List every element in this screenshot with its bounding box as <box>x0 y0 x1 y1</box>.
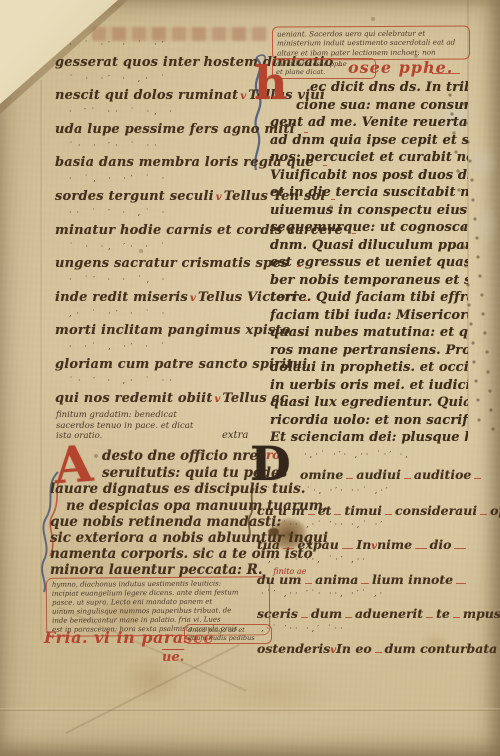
text-line: terre. Quid faciam tibi effraym. quid <box>270 289 468 307</box>
red-line-filler <box>346 478 353 479</box>
red-line-filler <box>404 478 411 479</box>
red-line-filler <box>426 617 433 618</box>
neume-row: ˙ · ·′ · ‚· ˙ <box>69 74 267 86</box>
text-line: dnm. Quasi diluculum pparata <box>270 237 468 255</box>
red-line-filler <box>361 583 369 584</box>
text-line: faciam tibi iuda: Misericordia ura <box>270 307 468 325</box>
red-line-filler <box>415 548 427 549</box>
chant-line: ·˙′ ‚·· ′˙· ··‚ ·′˙ ‚· sceris dum aduene… <box>257 589 469 622</box>
text-line: uiuemus in conspectu eius. sciemus <box>270 202 468 220</box>
neume-row: · ′˙ ·· ˙ ·‚ · <box>69 107 267 119</box>
neume-row: · ˙‚ · ·′ ˙ · <box>69 174 267 186</box>
neume-row: · ˙ ·′ · ˙ ·′ <box>69 40 267 52</box>
red-line-filler <box>283 548 295 549</box>
hymn-line: ˙ · ·‚ ′· · ˙ ungens sacratur crismatis … <box>55 240 267 274</box>
text-line: ec dicit dns ds. In tribula <box>270 79 468 97</box>
text-line: ad dnm quia ipse cepit et saluabit <box>270 132 468 150</box>
neume-row: ‚·˙ ′·· ·‚′ ˙·· <box>261 624 469 636</box>
text-line: gent ad me. Venite reuertam <box>270 114 468 132</box>
red-line-filler <box>474 478 481 479</box>
hymn-line: ˙· ′ · ‚· ˙ ·· qui nos redemit obiitvTel… <box>55 374 267 408</box>
chant-line: ·‚·˙ ·′· ‚·· ˙·′ ·‚ omine audiui auditio… <box>300 450 468 483</box>
red-line-filler <box>375 652 382 653</box>
manuscript-page: · ˙ ·′ · ˙ ·′ gesserat quos inter hostem… <box>0 0 500 756</box>
red-line-filler <box>454 548 466 549</box>
hosea-text-block: ec dicit dns ds. In tribula cione sua: m… <box>270 79 468 447</box>
red-line-filler <box>334 514 341 515</box>
neume-row: ‚˙· ··′ ˙·‚ ·′· ··˙ ‚·′ <box>261 486 469 498</box>
small-script-word: extra <box>222 430 248 441</box>
text-line: sequemurque: ut cognoscamus <box>270 219 468 237</box>
red-line-filler <box>453 617 460 618</box>
hymn-line: ˙ · ·′ · ‚· ˙ nescit qui dolos ruminatvT… <box>55 72 267 106</box>
neume-row: ·· ˙ ′ · ‚˙ · <box>69 208 267 220</box>
hymn-line: · ′˙ ·· ˙ ·‚ · uda lupe pessime fers agn… <box>55 105 267 139</box>
red-line-filler <box>385 514 392 515</box>
text-line: nos: percuciet et curabit nos. <box>270 149 468 167</box>
red-line-filler <box>301 617 308 618</box>
text-line: cione sua: mane consur <box>270 97 468 115</box>
red-line-filler <box>480 514 487 515</box>
neume-row: ˙ · ·‚ ′· · ˙ <box>69 242 267 254</box>
text-line: dolaui in prophetis. et occidi eos <box>270 359 468 377</box>
marginal-note-box: ueniant. Sacerdos uero qui celebratur et… <box>272 25 470 60</box>
neume-row: ˙· · ′· ˙ ·· <box>69 141 267 153</box>
chant-line: ·′‚ ˙·· ‚·˙ ′·· ·‚˙ ·′ tua expau In v ni… <box>257 520 469 553</box>
text-line: in uerbis oris mei. et iudicia tua <box>270 377 468 395</box>
left-column: · ˙ ·′ · ˙ ·′ gesserat quos inter hostem… <box>55 38 267 408</box>
text-line: ricordia uolo: et non sacrificium. <box>270 412 468 430</box>
neume-row: · ·˙ ‚ ·′ · ˙ <box>69 342 267 354</box>
neume-row: ˙· ′ · ‚· ˙ ·· <box>69 376 267 388</box>
neume-row: ·˙′ ‚·· ′˙· ··‚ ·′˙ ‚· <box>261 589 469 601</box>
hymn-line: ‚· ˙ ·′ · ˙ · morti inclitam pangimus xp… <box>55 307 267 341</box>
prayer-line: desto dne officio nre oro. <box>102 448 270 464</box>
red-line-filler <box>342 548 354 549</box>
chant-line: ‚·˙ ′·· ·‚′ ˙·· ostenderis v In eo dum c… <box>257 624 469 657</box>
red-line-filler <box>456 583 466 584</box>
red-line-filler <box>308 514 315 515</box>
hymn-line: ·· ˙ ′ · ‚˙ · minatur hodie carnis et co… <box>55 206 267 240</box>
hymn-line: · ˙′ · · ˙‚ · inde redit miserisvTellus … <box>55 273 267 307</box>
feria-heading-continued: ue. <box>162 650 184 665</box>
neume-row: ·‚·˙ ·′· ‚·· ˙·′ ·‚ <box>304 450 468 462</box>
neume-row: · ˙′ · · ˙‚ · <box>69 275 267 287</box>
initial-d: D <box>250 441 291 488</box>
text-line: ros mane pertransiens. Propter hoc <box>270 342 468 360</box>
red-line-filler <box>305 583 313 584</box>
chant-line: ˙‚· ·′· ··‚ ˙·′ ‚·· du um anima lium inn… <box>257 555 469 588</box>
neume-row: ‚· ˙ ·′ · ˙ · <box>69 309 267 321</box>
text-line: Et scienciam dei: plusque holocausta. <box>270 429 468 447</box>
red-line-filler <box>345 617 352 618</box>
neume-row: ˙‚· ·′· ··‚ ˙·′ ‚·· <box>261 555 469 567</box>
text-line: ber nobis temporaneus et serotinus <box>270 272 468 290</box>
hymn-line: · ˙‚ · ·′ ˙ · sordes tergunt seculivTell… <box>55 172 267 206</box>
hymn-line: ˙· · ′· ˙ ·· basia dans membra loris reg… <box>55 139 267 173</box>
text-line: Viuificabit nos post duos dies <box>270 167 468 185</box>
hymn-line: · ˙ ·′ · ˙ ·′ gesserat quos inter hostem… <box>55 38 267 72</box>
osee-rubric: osee pphe. <box>348 58 453 77</box>
neume-row: ·′‚ ˙·· ‚·˙ ′·· ·‚˙ ·′ <box>261 520 469 532</box>
text-line: quasi nubes matutina: et quasi <box>270 324 468 342</box>
chant-line: ‚˙· ··′ ˙·‚ ·′· ··˙ ‚·′ cu u m et timui … <box>257 486 469 519</box>
rubric-dash <box>432 73 460 74</box>
prayer-line: que nobis retinenda mandasti: <box>50 514 281 530</box>
text-line: est egressus et ueniet quasi im <box>270 254 468 272</box>
hymn-line: · ·˙ ‚ ·′ · ˙ gloriam cum patre sancto s… <box>55 340 267 374</box>
text-line: quasi lux egredientur. Quia mise <box>270 394 468 412</box>
text-line: et in die tercia suscitabit nos: <box>270 184 468 202</box>
